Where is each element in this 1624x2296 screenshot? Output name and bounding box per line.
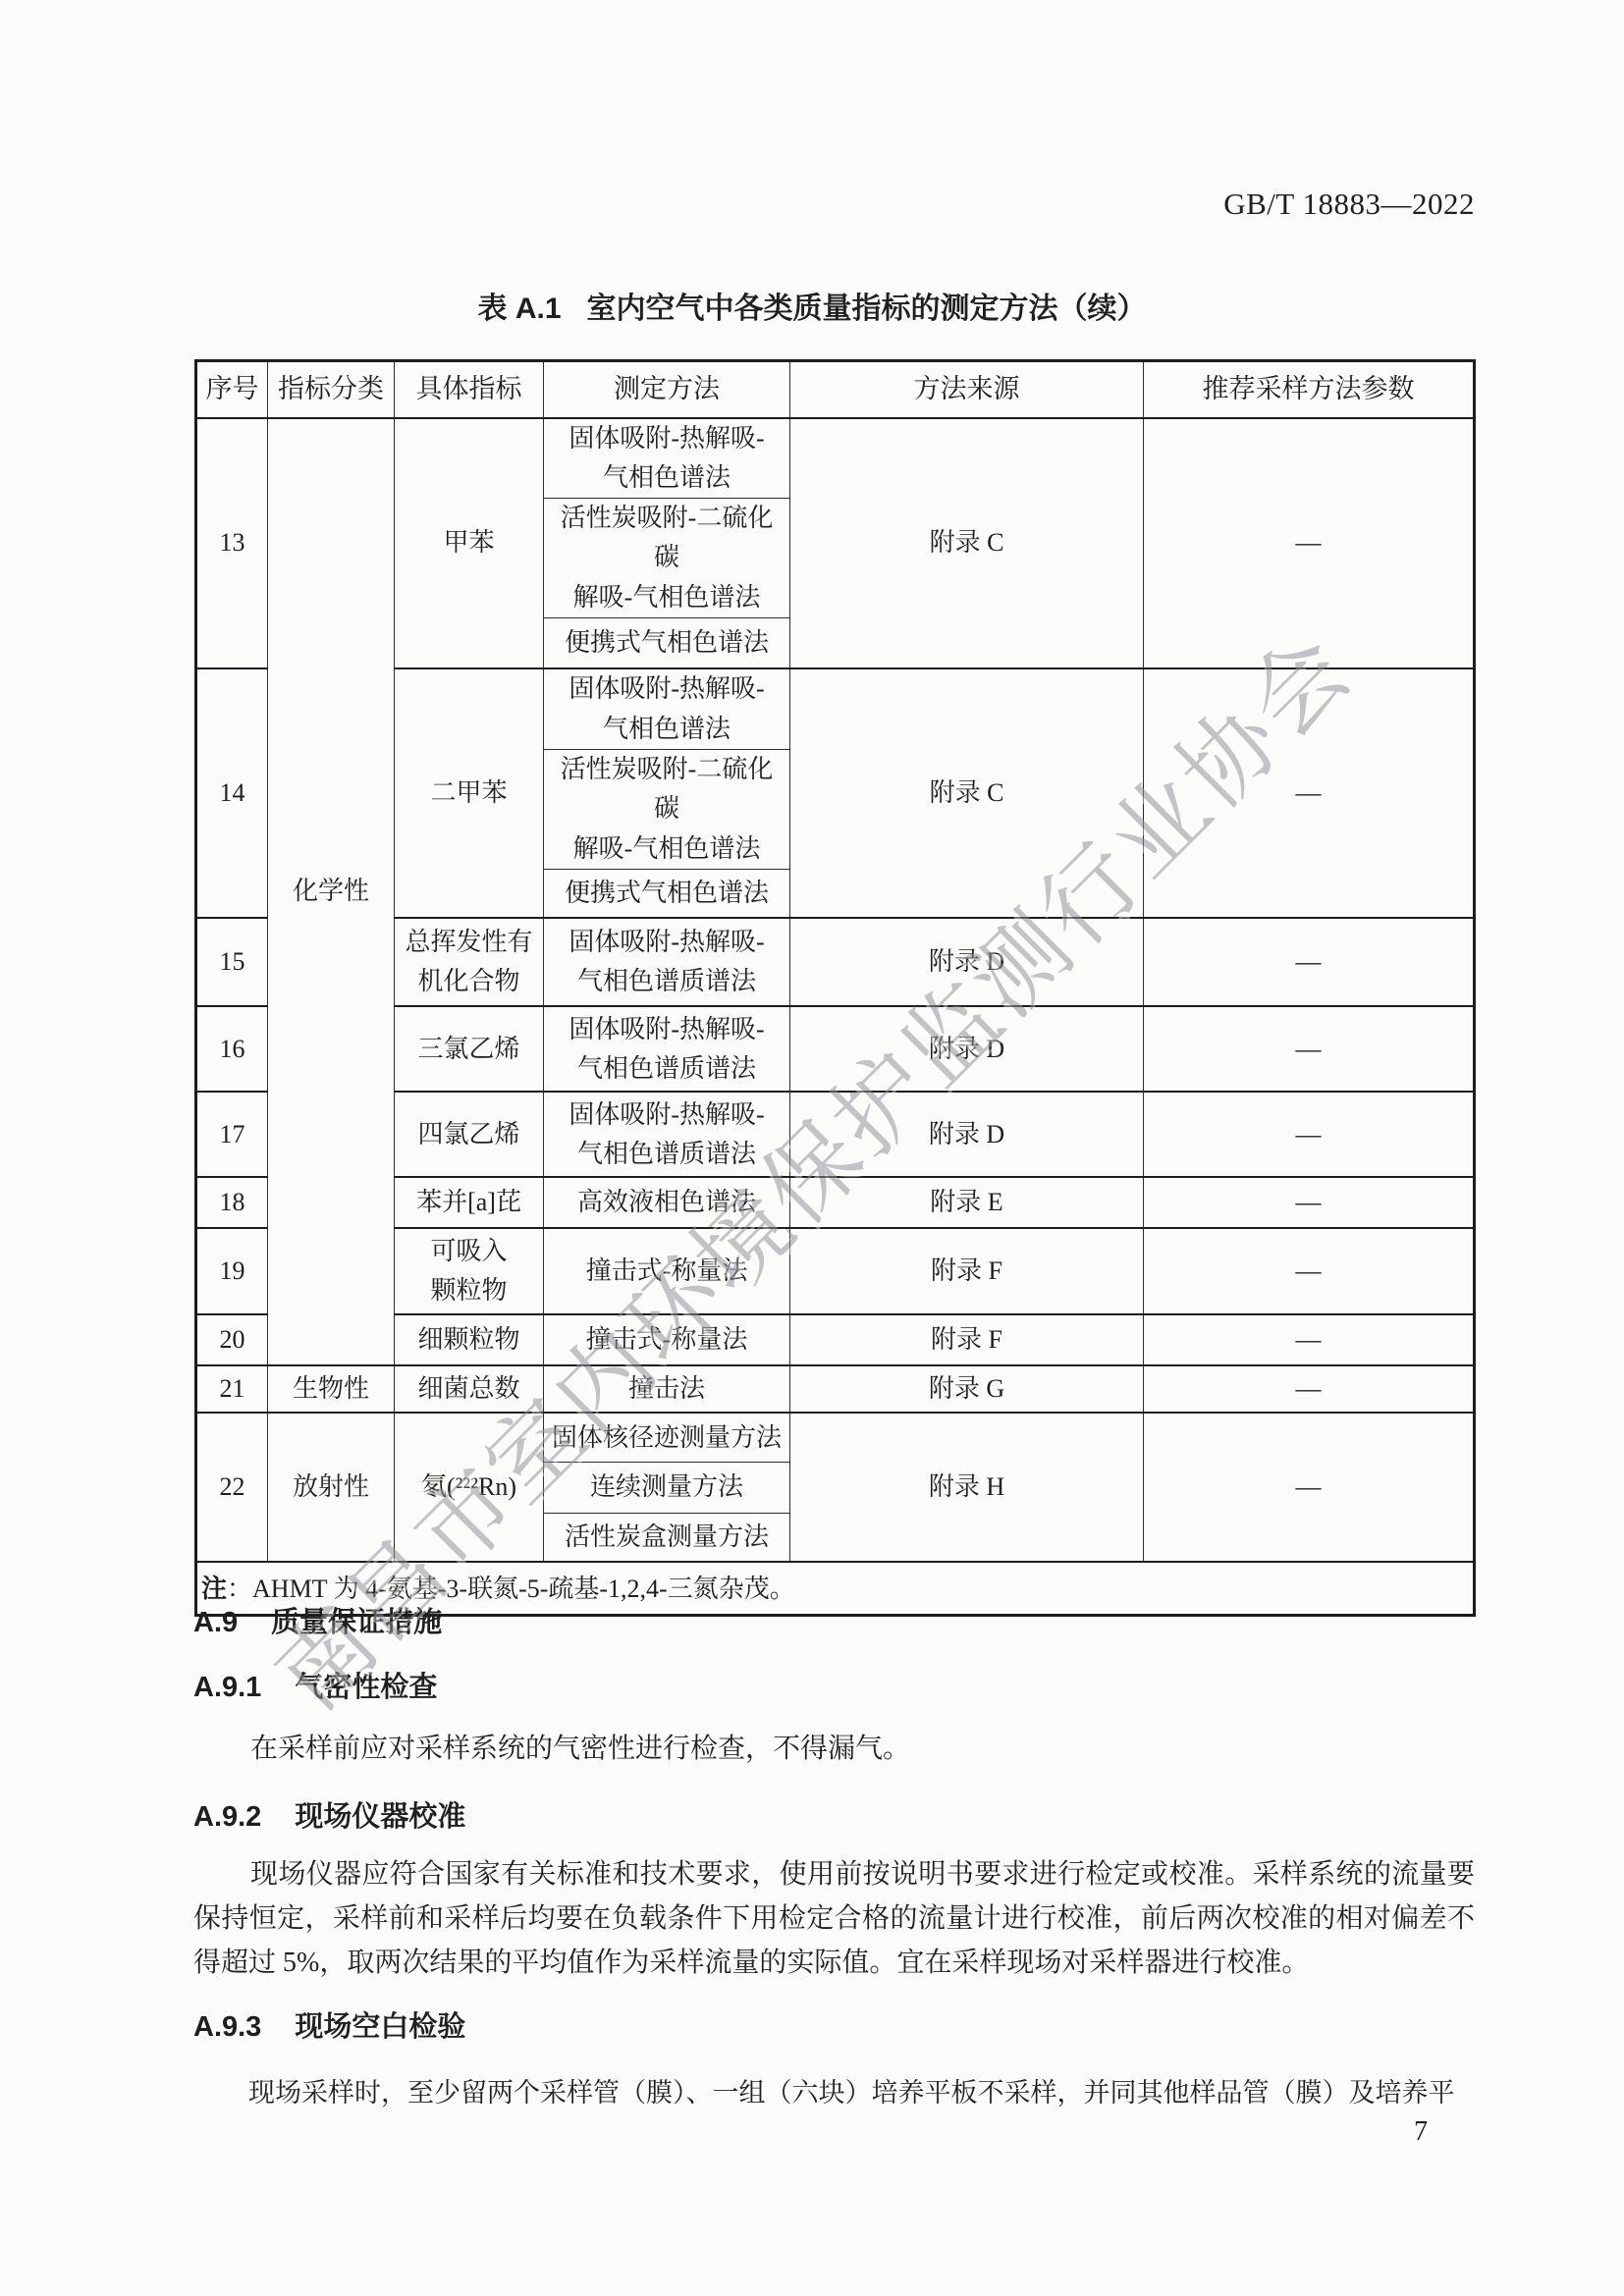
cell-method: 活性炭盒测量方法 <box>544 1513 790 1562</box>
cell-no-17: 17 <box>196 1092 268 1177</box>
section-a91-heading: A.9.1气密性检查 <box>193 1665 437 1705</box>
standard-code-header: GB/T 18883—2022 <box>1223 187 1475 222</box>
cell-param: — <box>1144 1228 1475 1314</box>
cell-category-biological: 生物性 <box>268 1365 395 1413</box>
cell-indicator-bacteria: 细菌总数 <box>395 1365 544 1413</box>
cell-method: 固体吸附-热解吸- 气相色谱质谱法 <box>544 1006 790 1092</box>
section-number: A.9 <box>193 1607 238 1638</box>
note-label: 注 <box>201 1574 227 1603</box>
cell-param: — <box>1144 1365 1475 1413</box>
table-header-row: 序号 指标分类 具体指标 测定方法 方法来源 推荐采样方法参数 <box>196 361 1475 418</box>
cell-indicator-tvoc: 总挥发性有 机化合物 <box>395 918 544 1006</box>
table-title-text: 室内空气中各类质量指标的测定方法（续） <box>587 293 1147 325</box>
section-number: A.9.2 <box>193 1801 261 1833</box>
cell-no-16: 16 <box>196 1006 268 1092</box>
cell-method: 固体核径迹测量方法 <box>544 1413 790 1462</box>
cell-source: 附录 D <box>790 1006 1144 1092</box>
cell-param: — <box>1144 918 1475 1006</box>
page-number: 7 <box>1414 2116 1428 2148</box>
cell-category-chemical: 化学性 <box>268 418 395 1366</box>
cell-method: 活性炭吸附-二硫化碳 解吸-气相色谱法 <box>544 750 790 870</box>
cell-param: — <box>1144 1314 1475 1365</box>
section-a93-heading: A.9.3现场空白检验 <box>193 2004 465 2045</box>
cell-method: 固体吸附-热解吸- 气相色谱法 <box>544 668 790 749</box>
section-number: A.9.1 <box>193 1672 261 1703</box>
cell-method: 便携式气相色谱法 <box>544 869 790 918</box>
cell-indicator-radon: 氡(²²²Rn) <box>395 1413 544 1562</box>
cell-no-15: 15 <box>196 918 268 1006</box>
section-a93-paragraph: 现场采样时，至少留两个采样管（膜）、一组（六块）培养平板不采样，并同其他样品管（… <box>193 2071 1475 2115</box>
table-title-label: 表 A.1 <box>477 293 561 325</box>
cell-indicator-trichloroethylene: 三氯乙烯 <box>395 1006 544 1092</box>
section-title: 气密性检查 <box>295 1672 437 1703</box>
cell-source: 附录 H <box>790 1413 1144 1562</box>
cell-source: 附录 D <box>790 1092 1144 1177</box>
cell-indicator-tetrachloroethylene: 四氯乙烯 <box>395 1092 544 1177</box>
cell-method: 固体吸附-热解吸- 气相色谱质谱法 <box>544 918 790 1006</box>
cell-source: 附录 G <box>790 1365 1144 1413</box>
col-header-indicator: 具体指标 <box>395 361 544 418</box>
cell-method: 撞击式-称量法 <box>544 1228 790 1314</box>
cell-param: — <box>1144 418 1475 669</box>
cell-no-14: 14 <box>196 668 268 918</box>
cell-param: — <box>1144 1092 1475 1177</box>
col-header-no: 序号 <box>196 361 268 418</box>
cell-source: 附录 D <box>790 918 1144 1006</box>
table-row: 22 放射性 氡(²²²Rn) 固体核径迹测量方法 附录 H — <box>196 1413 1475 1462</box>
cell-indicator-xylene: 二甲苯 <box>395 668 544 918</box>
cell-method: 撞击法 <box>544 1365 790 1413</box>
cell-param: — <box>1144 1006 1475 1092</box>
cell-indicator-toluene: 甲苯 <box>395 418 544 669</box>
cell-method: 固体吸附-热解吸- 气相色谱法 <box>544 418 790 499</box>
cell-method: 便携式气相色谱法 <box>544 617 790 668</box>
cell-method: 连续测量方法 <box>544 1462 790 1513</box>
col-header-method: 测定方法 <box>544 361 790 418</box>
section-title: 现场仪器校准 <box>295 1801 465 1833</box>
cell-category-radioactive: 放射性 <box>268 1413 395 1562</box>
cell-no-19: 19 <box>196 1228 268 1314</box>
col-header-param: 推荐采样方法参数 <box>1144 361 1475 418</box>
cell-source: 附录 F <box>790 1228 1144 1314</box>
note-text: ：AHMT 为 4-氨基-3-联氮-5-疏基-1,2,4-三氮杂茂。 <box>227 1575 795 1603</box>
cell-indicator-pm25: 细颗粒物 <box>395 1314 544 1365</box>
section-a91-paragraph: 在采样前应对采样系统的气密性进行检查，不得漏气。 <box>193 1727 1475 1771</box>
section-a92-paragraph: 现场仪器应符合国家有关标准和技术要求，使用前按说明书要求进行检定或校准。采样系统… <box>193 1852 1475 1985</box>
cell-method: 固体吸附-热解吸- 气相色谱质谱法 <box>544 1092 790 1177</box>
cell-param: — <box>1144 1177 1475 1228</box>
cell-method: 活性炭吸附-二硫化碳 解吸-气相色谱法 <box>544 499 790 618</box>
measurement-methods-table: 序号 指标分类 具体指标 测定方法 方法来源 推荐采样方法参数 13 化学性 甲… <box>194 359 1476 1617</box>
cell-source: 附录 C <box>790 668 1144 918</box>
cell-method: 撞击式-称量法 <box>544 1314 790 1365</box>
cell-no-13: 13 <box>196 418 268 669</box>
table-row: 21 生物性 细菌总数 撞击法 附录 G — <box>196 1365 1475 1413</box>
cell-source: 附录 F <box>790 1314 1144 1365</box>
section-a92-heading: A.9.2现场仪器校准 <box>193 1794 465 1835</box>
cell-source: 附录 E <box>790 1177 1144 1228</box>
section-number: A.9.3 <box>193 2011 261 2043</box>
section-title: 质量保证措施 <box>271 1607 442 1638</box>
cell-no-20: 20 <box>196 1314 268 1365</box>
cell-no-22: 22 <box>196 1413 268 1562</box>
table-row: 13 化学性 甲苯 固体吸附-热解吸- 气相色谱法 附录 C — <box>196 418 1475 499</box>
document-page: 南昌市室内环境保护监测行业协会 GB/T 18883—2022 表 A.1室内空… <box>0 0 1624 2296</box>
cell-method: 高效液相色谱法 <box>544 1177 790 1228</box>
section-title: 现场空白检验 <box>295 2011 465 2043</box>
cell-param: — <box>1144 668 1475 918</box>
cell-indicator-benzo-a-pyrene: 苯并[a]芘 <box>395 1177 544 1228</box>
cell-no-18: 18 <box>196 1177 268 1228</box>
col-header-source: 方法来源 <box>790 361 1144 418</box>
cell-no-21: 21 <box>196 1365 268 1413</box>
section-a9-heading: A.9质量保证措施 <box>193 1600 442 1640</box>
col-header-category: 指标分类 <box>268 361 395 418</box>
cell-source: 附录 C <box>790 418 1144 669</box>
cell-param: — <box>1144 1413 1475 1562</box>
table-title: 表 A.1室内空气中各类质量指标的测定方法（续） <box>0 284 1624 327</box>
cell-indicator-pm10: 可吸入 颗粒物 <box>395 1228 544 1314</box>
